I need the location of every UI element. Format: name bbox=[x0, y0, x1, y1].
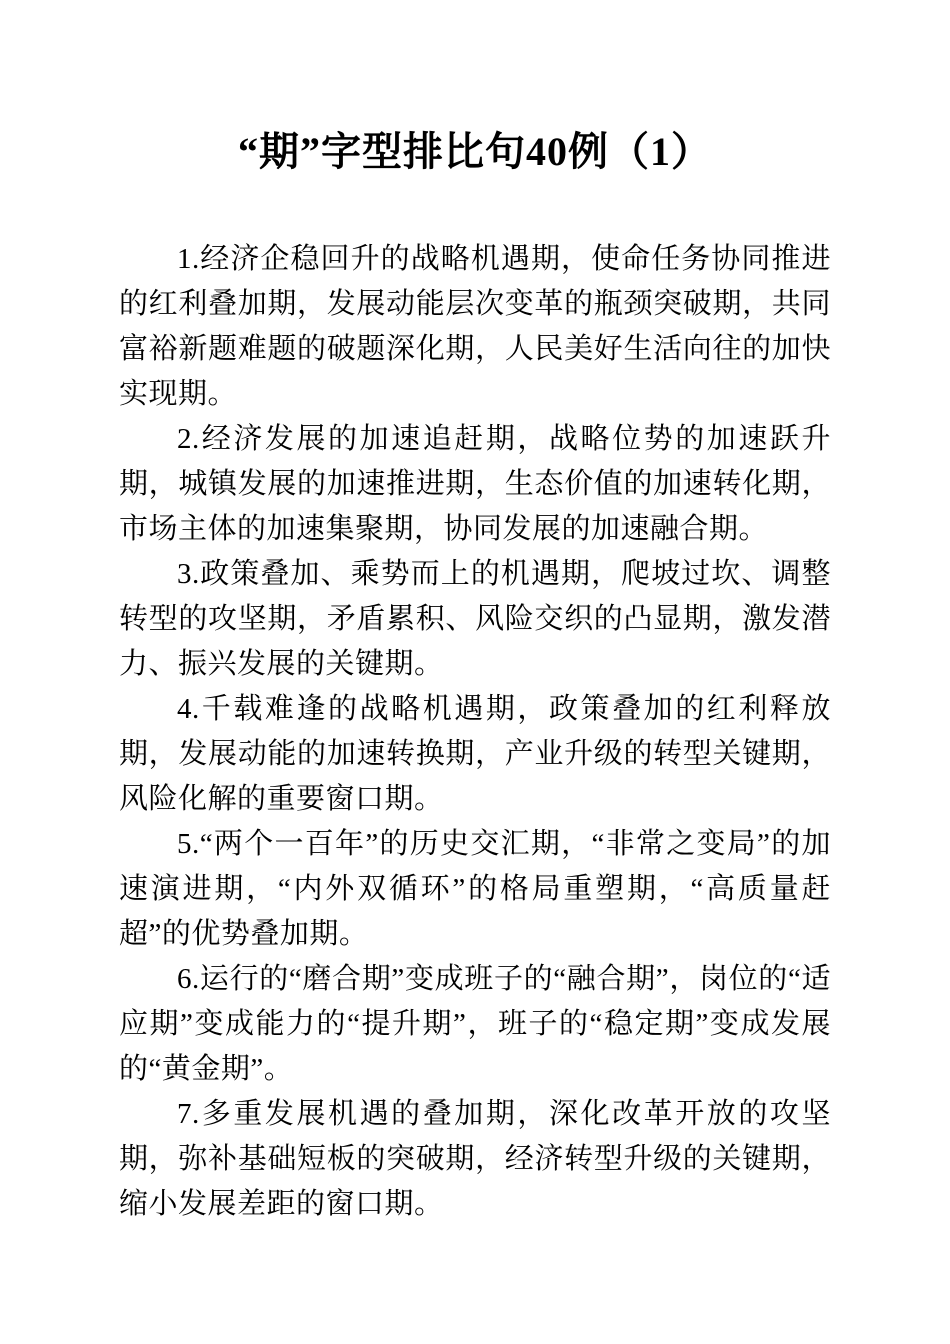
document-title: “期”字型排比句40例（1） bbox=[0, 0, 950, 181]
paragraph-7: 7.多重发展机遇的叠加期，深化改革开放的攻坚期，弥补基础短板的突破期，经济转型升… bbox=[119, 1092, 831, 1227]
paragraph-4: 4.千载难逢的战略机遇期，政策叠加的红利释放期，发展动能的加速转换期，产业升级的… bbox=[119, 687, 831, 822]
paragraph-2: 2.经济发展的加速追赶期，战略位势的加速跃升期，城镇发展的加速推进期，生态价值的… bbox=[119, 417, 831, 552]
paragraph-5: 5.“两个一百年”的历史交汇期，“非常之变局”的加速演进期，“内外双循环”的格局… bbox=[119, 822, 831, 957]
paragraph-6: 6.运行的“磨合期”变成班子的“融合期”，岗位的“适应期”变成能力的“提升期”，… bbox=[119, 957, 831, 1092]
paragraph-3: 3.政策叠加、乘势而上的机遇期，爬坡过坎、调整转型的攻坚期，矛盾累积、风险交织的… bbox=[119, 552, 831, 687]
document-body: 1.经济企稳回升的战略机遇期，使命任务协同推进的红利叠加期，发展动能层次变革的瓶… bbox=[119, 237, 831, 1227]
paragraph-1: 1.经济企稳回升的战略机遇期，使命任务协同推进的红利叠加期，发展动能层次变革的瓶… bbox=[119, 237, 831, 417]
document-page: “期”字型排比句40例（1） 1.经济企稳回升的战略机遇期，使命任务协同推进的红… bbox=[0, 0, 950, 1344]
